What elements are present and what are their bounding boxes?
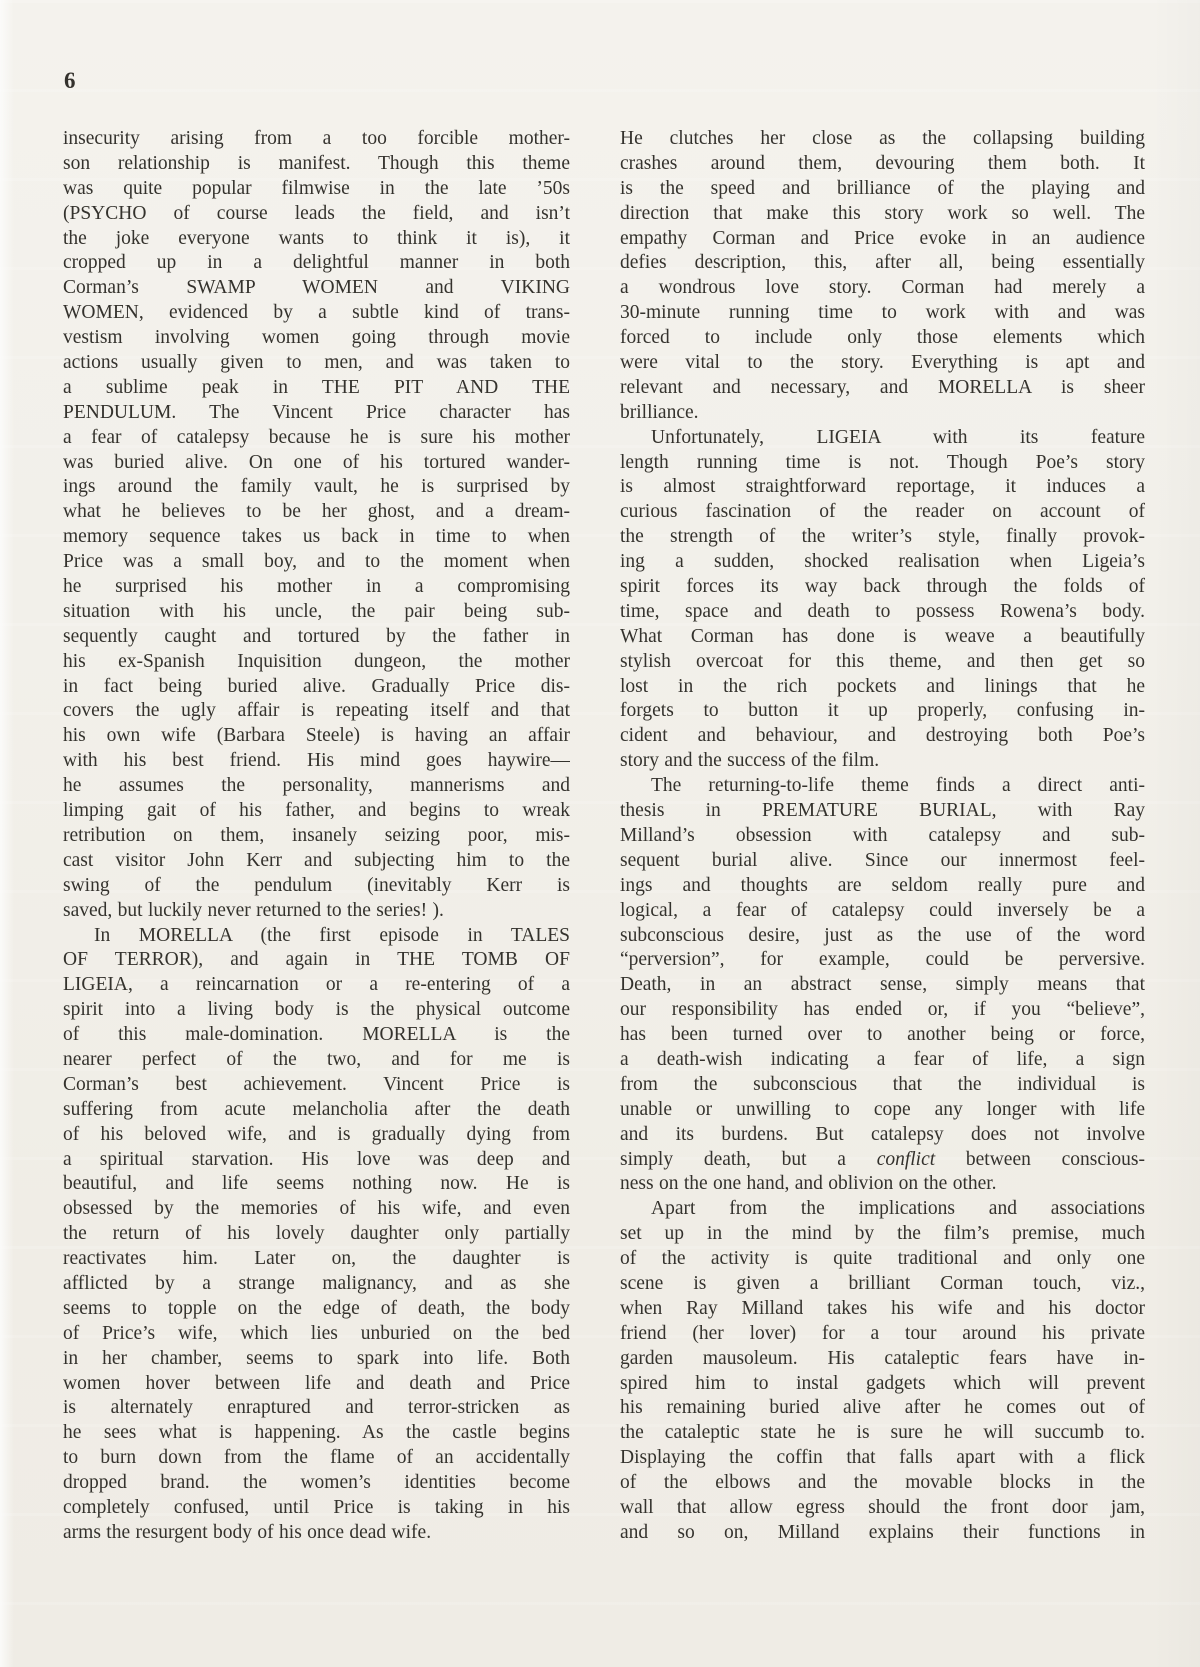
text-line: ings and thoughts are seldom really pure… xyxy=(620,874,1145,899)
text-line: spired him to instal gadgets which will … xyxy=(620,1372,1145,1397)
text-line: the return of his lovely daughter only p… xyxy=(63,1222,570,1247)
text-line: in fact being buried alive. Gradually Pr… xyxy=(63,675,570,700)
text-line: Apart from the implications and associat… xyxy=(620,1197,1145,1222)
text-line: 30-minute running time to work with and … xyxy=(620,301,1145,326)
text-line: relevant and necessary, and MORELLA is s… xyxy=(620,376,1145,401)
text-line: ness on the one hand, and oblivion on th… xyxy=(620,1172,1145,1197)
text-line: son relationship is manifest. Though thi… xyxy=(63,152,570,177)
text-line: was quite popular filmwise in the late ’… xyxy=(63,177,570,202)
text-line: vestism involving women going through mo… xyxy=(63,326,570,351)
text-line: suffering from acute melancholia after t… xyxy=(63,1098,570,1123)
text-line: he sees what is happening. As the castle… xyxy=(63,1421,570,1446)
text-line: what he believes to be her ghost, and a … xyxy=(63,500,570,525)
text-line: (PSYCHO of course leads the field, and i… xyxy=(63,202,570,227)
text-line: empathy Corman and Price evoke in an aud… xyxy=(620,227,1145,252)
text-line: a wondrous love story. Corman had merely… xyxy=(620,276,1145,301)
text-line: “perversion”, for example, could be perv… xyxy=(620,948,1145,973)
text-line: and so on, Milland explains their functi… xyxy=(620,1521,1145,1546)
text-line: curious fascination of the reader on acc… xyxy=(620,500,1145,525)
text-line: of Price’s wife, which lies unburied on … xyxy=(63,1322,570,1347)
text-line: the cataleptic state he is sure he will … xyxy=(620,1421,1145,1446)
text-line: nearer perfect of the two, and for me is xyxy=(63,1048,570,1073)
text-line: Displaying the coffin that falls apart w… xyxy=(620,1446,1145,1471)
text-line: The returning-to-life theme finds a dire… xyxy=(620,774,1145,799)
text-line: Corman’s best achievement. Vincent Price… xyxy=(63,1073,570,1098)
text-line: ing a sudden, shocked realisation when L… xyxy=(620,550,1145,575)
text-line: garden mausoleum. His cataleptic fears h… xyxy=(620,1347,1145,1372)
text-line: retribution on them, insanely seizing po… xyxy=(63,824,570,849)
text-line: a spiritual starvation. His love was dee… xyxy=(63,1148,570,1173)
text-line: Unfortunately, LIGEIA with its feature xyxy=(620,426,1145,451)
text-line: reactivates him. Later on, the daughter … xyxy=(63,1247,570,1272)
text-line: logical, a fear of catalepsy could inver… xyxy=(620,899,1145,924)
text-line: PENDULUM. The Vincent Price character ha… xyxy=(63,401,570,426)
text-line: In MORELLA (the first episode in TALES xyxy=(63,924,570,949)
text-line: friend (her lover) for a tour around his… xyxy=(620,1322,1145,1347)
text-line: in her chamber, seems to spark into life… xyxy=(63,1347,570,1372)
text-line: scene is given a brilliant Corman touch,… xyxy=(620,1272,1145,1297)
text-line: and its burdens. But catalepsy does not … xyxy=(620,1123,1145,1148)
text-line: set up in the mind by the film’s premise… xyxy=(620,1222,1145,1247)
text-line: Milland’s obsession with catalepsy and s… xyxy=(620,824,1145,849)
text-line: unable or unwilling to cope any longer w… xyxy=(620,1098,1145,1123)
text-line: length running time is not. Though Poe’s… xyxy=(620,451,1145,476)
text-line: simply death, but a conflict between con… xyxy=(620,1148,1145,1173)
text-line: He clutches her close as the collapsing … xyxy=(620,127,1145,152)
text-line: forced to include only those elements wh… xyxy=(620,326,1145,351)
text-line: Death, in an abstract sense, simply mean… xyxy=(620,973,1145,998)
text-line: OF TERROR), and again in THE TOMB OF xyxy=(63,948,570,973)
text-line: the joke everyone wants to think it is),… xyxy=(63,227,570,252)
text-line: he surprised his mother in a compromisin… xyxy=(63,575,570,600)
text-line: arms the resurgent body of his once dead… xyxy=(63,1521,570,1546)
text-line: thesis in PREMATURE BURIAL, with Ray xyxy=(620,799,1145,824)
text-line: actions usually given to men, and was ta… xyxy=(63,351,570,376)
text-line: situation with his uncle, the pair being… xyxy=(63,600,570,625)
text-line: he assumes the personality, mannerisms a… xyxy=(63,774,570,799)
text-line: defies description, this, after all, bei… xyxy=(620,251,1145,276)
text-line: a sublime peak in THE PIT AND THE xyxy=(63,376,570,401)
text-line: wall that allow egress should the front … xyxy=(620,1496,1145,1521)
text-line: of the activity is quite traditional and… xyxy=(620,1247,1145,1272)
text-line: women hover between life and death and P… xyxy=(63,1372,570,1397)
text-line: his remaining buried alive after he come… xyxy=(620,1396,1145,1421)
text-line: story and the success of the film. xyxy=(620,749,1145,774)
text-line: LIGEIA, a reincarnation or a re-entering… xyxy=(63,973,570,998)
text-line: swing of the pendulum (inevitably Kerr i… xyxy=(63,874,570,899)
text-line: ings around the family vault, he is surp… xyxy=(63,475,570,500)
text-line: time, space and death to possess Rowena’… xyxy=(620,600,1145,625)
text-line: cident and behaviour, and destroying bot… xyxy=(620,724,1145,749)
text-line: of his beloved wife, and is gradually dy… xyxy=(63,1123,570,1148)
text-line: of the elbows and the movable blocks in … xyxy=(620,1471,1145,1496)
text-line: sequently caught and tortured by the fat… xyxy=(63,625,570,650)
text-line: seems to topple on the edge of death, th… xyxy=(63,1297,570,1322)
text-line: when Ray Milland takes his wife and his … xyxy=(620,1297,1145,1322)
text-line: afflicted by a strange malignancy, and a… xyxy=(63,1272,570,1297)
text-line: crashes around them, devouring them both… xyxy=(620,152,1145,177)
text-line: a death-wish indicating a fear of life, … xyxy=(620,1048,1145,1073)
text-line: insecurity arising from a too forcible m… xyxy=(63,127,570,152)
text-line: was buried alive. On one of his tortured… xyxy=(63,451,570,476)
text-line: obsessed by the memories of his wife, an… xyxy=(63,1197,570,1222)
text-line: memory sequence takes us back in time to… xyxy=(63,525,570,550)
text-line: cropped up in a delightful manner in bot… xyxy=(63,251,570,276)
article-column-left: insecurity arising from a too forcible m… xyxy=(63,127,570,1546)
text-line: his ex-Spanish Inquisition dungeon, the … xyxy=(63,650,570,675)
text-line: dropped brand. the women’s identities be… xyxy=(63,1471,570,1496)
text-line: completely confused, until Price is taki… xyxy=(63,1496,570,1521)
page-number: 6 xyxy=(64,68,76,94)
text-line: has been turned over to another being or… xyxy=(620,1023,1145,1048)
text-line: subconscious desire, just as the use of … xyxy=(620,924,1145,949)
text-line: spirit into a living body is the physica… xyxy=(63,998,570,1023)
text-line: of this male-domination. MORELLA is the xyxy=(63,1023,570,1048)
text-line: forgets to button it up properly, confus… xyxy=(620,699,1145,724)
text-line: Price was a small boy, and to the moment… xyxy=(63,550,570,575)
text-line: saved, but luckily never returned to the… xyxy=(63,899,570,924)
text-line: sequent burial alive. Since our innermos… xyxy=(620,849,1145,874)
text-line: spirit forces its way back through the f… xyxy=(620,575,1145,600)
text-line: Corman’s SWAMP WOMEN and VIKING xyxy=(63,276,570,301)
text-line: covers the ugly affair is repeating itse… xyxy=(63,699,570,724)
text-line: with his best friend. His mind goes hayw… xyxy=(63,749,570,774)
text-line: WOMEN, evidenced by a subtle kind of tra… xyxy=(63,301,570,326)
text-line: were vital to the story. Everything is a… xyxy=(620,351,1145,376)
text-line: cast visitor John Kerr and subjecting hi… xyxy=(63,849,570,874)
text-line: limping gait of his father, and begins t… xyxy=(63,799,570,824)
text-line: our responsibility has ended or, if you … xyxy=(620,998,1145,1023)
text-line: to burn down from the flame of an accide… xyxy=(63,1446,570,1471)
text-line: stylish overcoat for this theme, and the… xyxy=(620,650,1145,675)
text-line: the strength of the writer’s style, fina… xyxy=(620,525,1145,550)
text-line: is alternately enraptured and terror-str… xyxy=(63,1396,570,1421)
text-line: is almost straightforward reportage, it … xyxy=(620,475,1145,500)
text-line: What Corman has done is weave a beautifu… xyxy=(620,625,1145,650)
text-line: from the subconscious that the individua… xyxy=(620,1073,1145,1098)
scanned-magazine-page: 6 insecurity arising from a too forcible… xyxy=(0,0,1200,1667)
text-line: brilliance. xyxy=(620,401,1145,426)
article-column-right: He clutches her close as the collapsing … xyxy=(620,127,1145,1546)
text-line: a fear of catalepsy because he is sure h… xyxy=(63,426,570,451)
text-line: his own wife (Barbara Steele) is having … xyxy=(63,724,570,749)
text-line: beautiful, and life seems nothing now. H… xyxy=(63,1172,570,1197)
text-line: direction that make this story work so w… xyxy=(620,202,1145,227)
text-line: lost in the rich pockets and linings tha… xyxy=(620,675,1145,700)
text-line: is the speed and brilliance of the playi… xyxy=(620,177,1145,202)
